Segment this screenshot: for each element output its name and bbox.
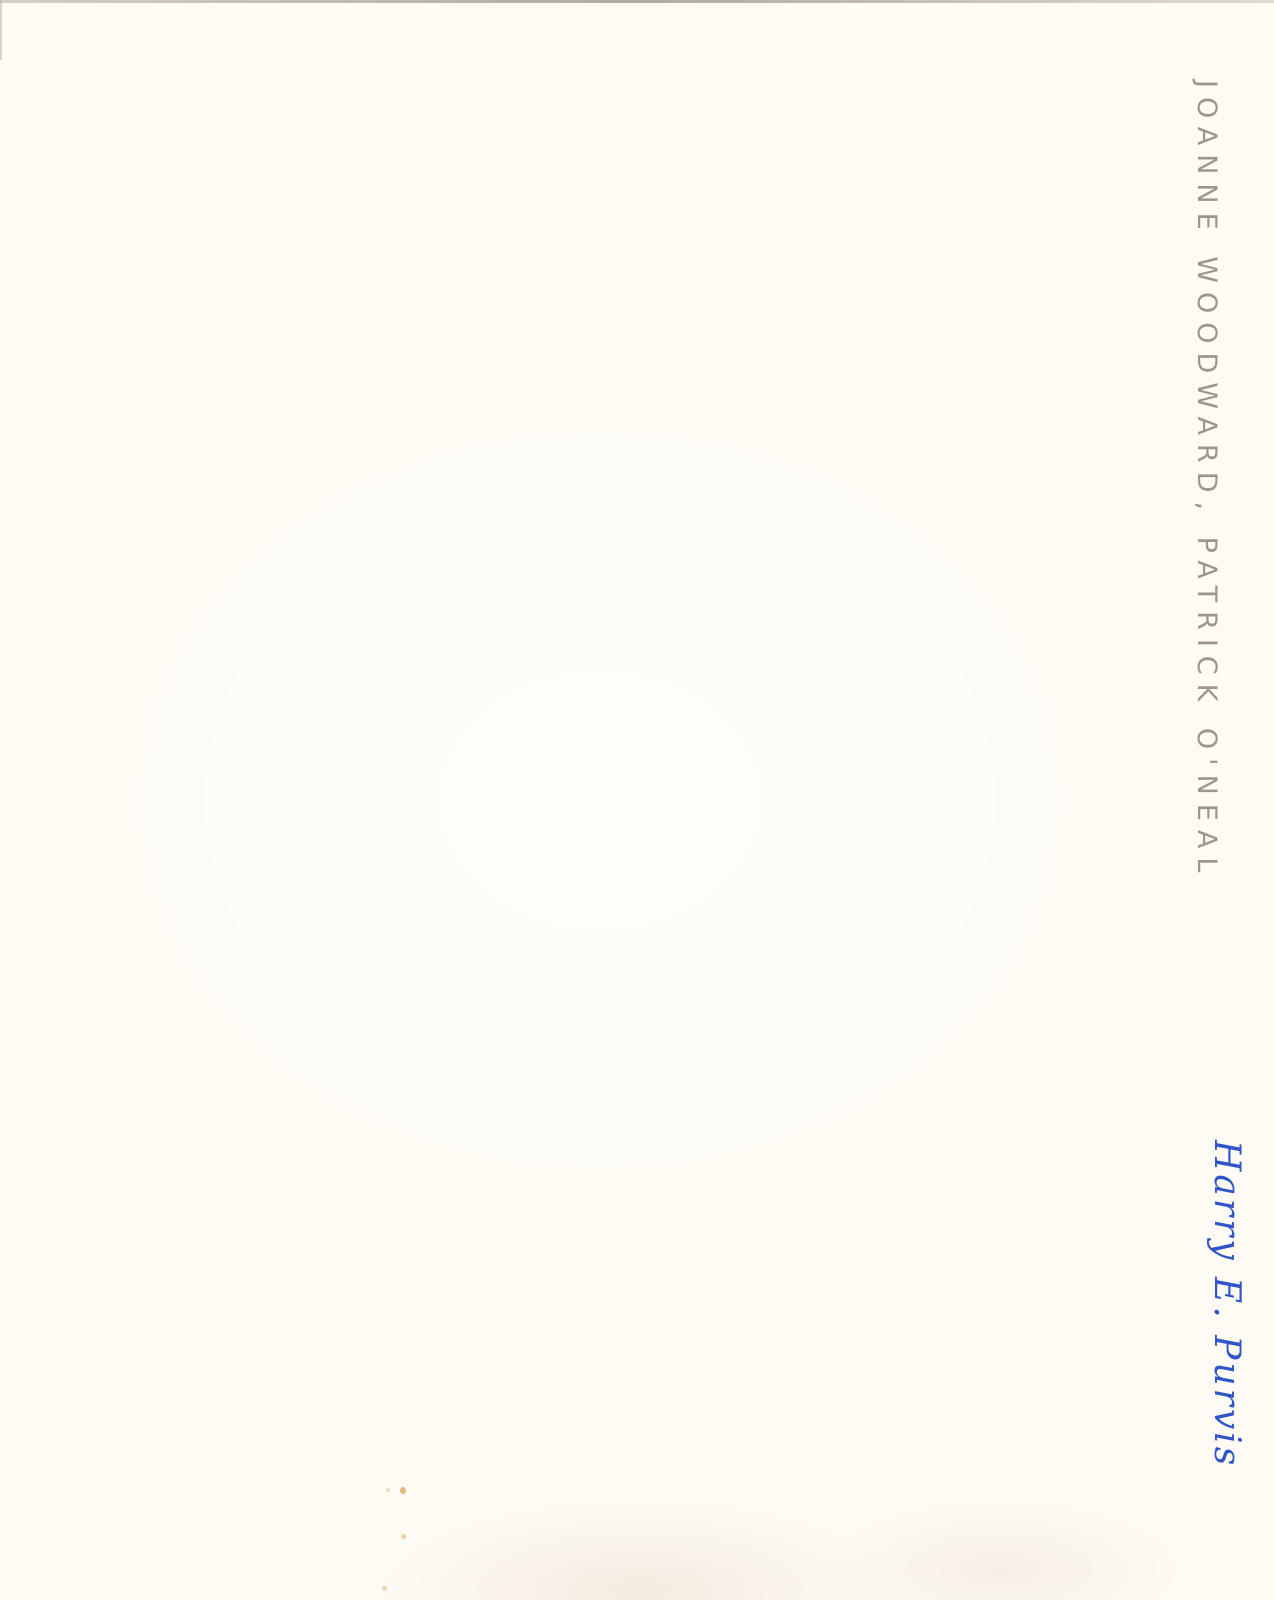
foxing-spot — [386, 1488, 390, 1492]
photographer-stamp: Harry E. Purvis — [1206, 1140, 1247, 1468]
top-edge-shadow — [0, 0, 1274, 3]
foxing-spot — [400, 1487, 406, 1494]
left-edge-shadow — [0, 0, 2, 60]
foxing-spot — [401, 1534, 406, 1539]
foxing-spot — [382, 1586, 387, 1591]
handwritten-caption: JOANNE WOODWARD, PATRICK O'NEAL — [1191, 80, 1222, 881]
photo-back-paper — [0, 0, 1274, 1600]
